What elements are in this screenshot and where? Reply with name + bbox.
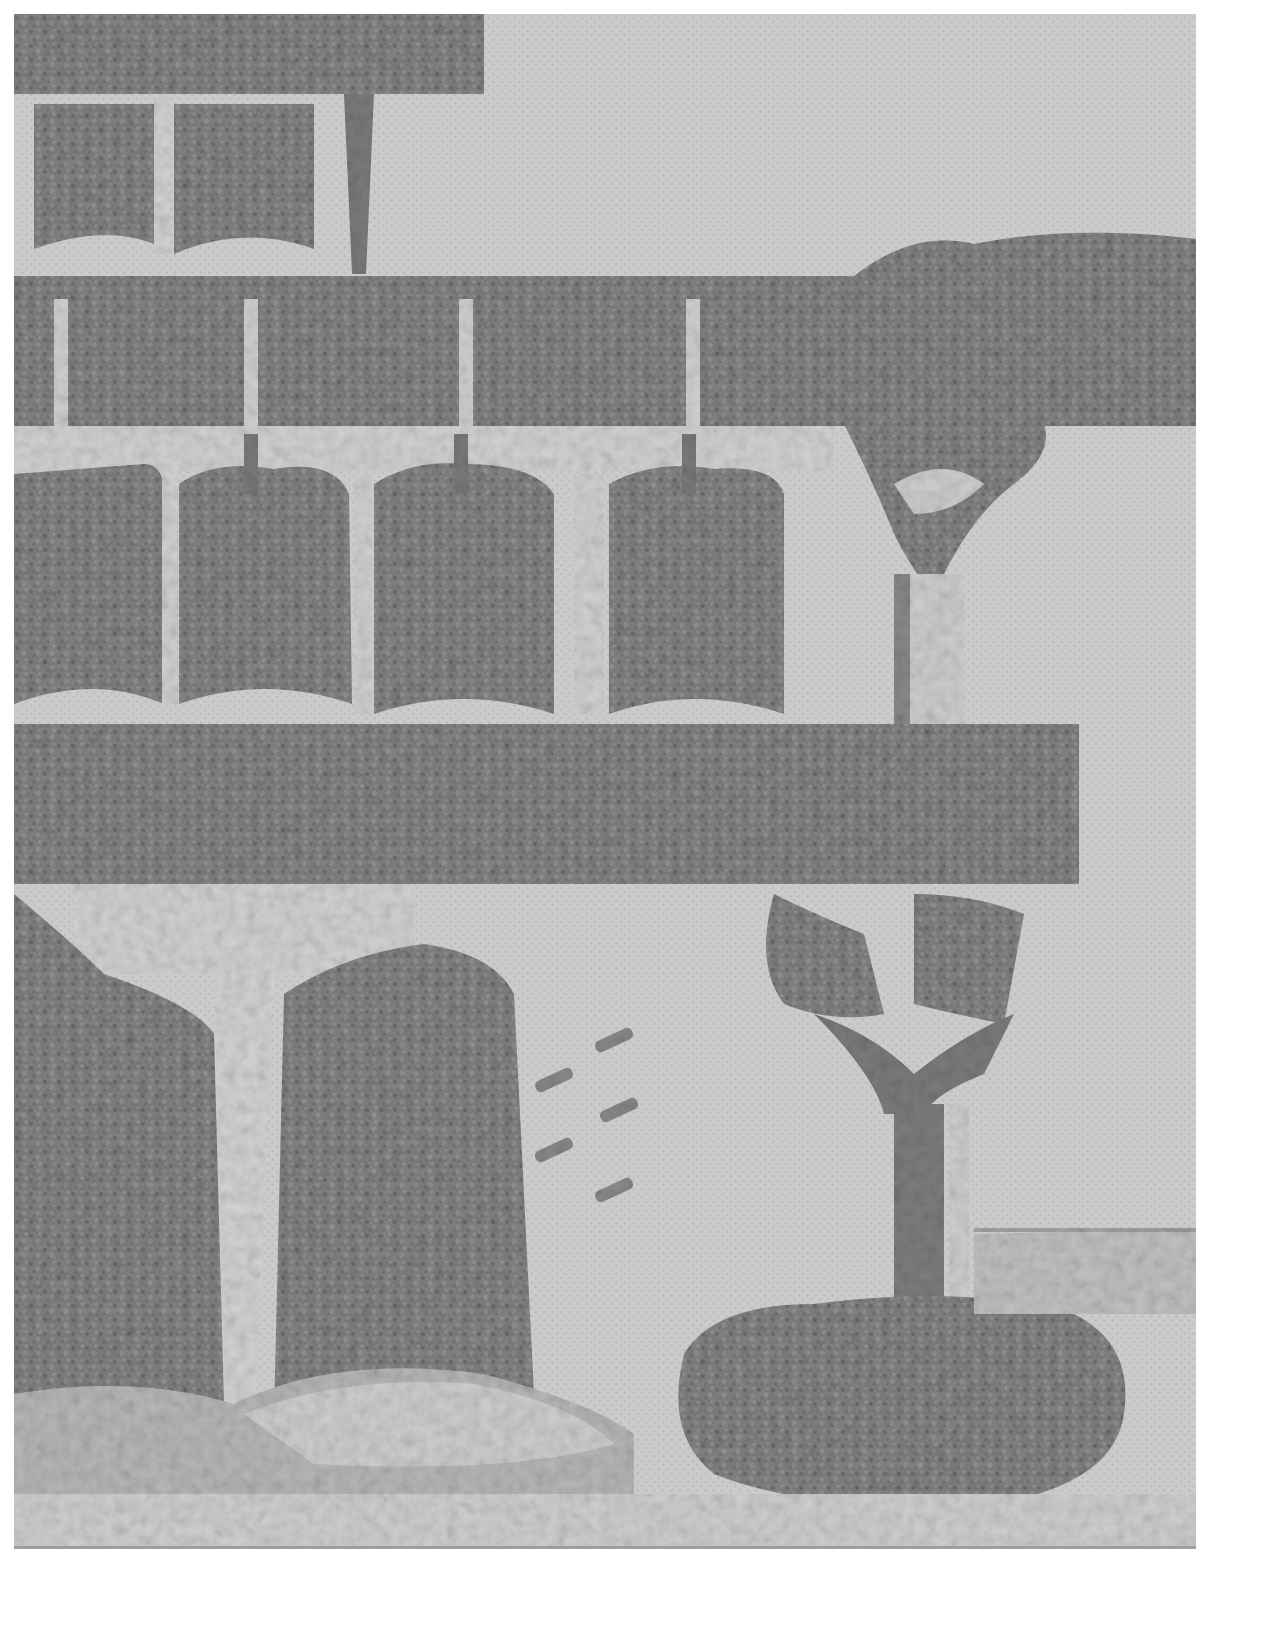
frame-bottom-border [14, 1546, 1196, 1549]
topiary-illustration [14, 14, 1196, 1548]
topiary-photograph [14, 14, 1196, 1548]
